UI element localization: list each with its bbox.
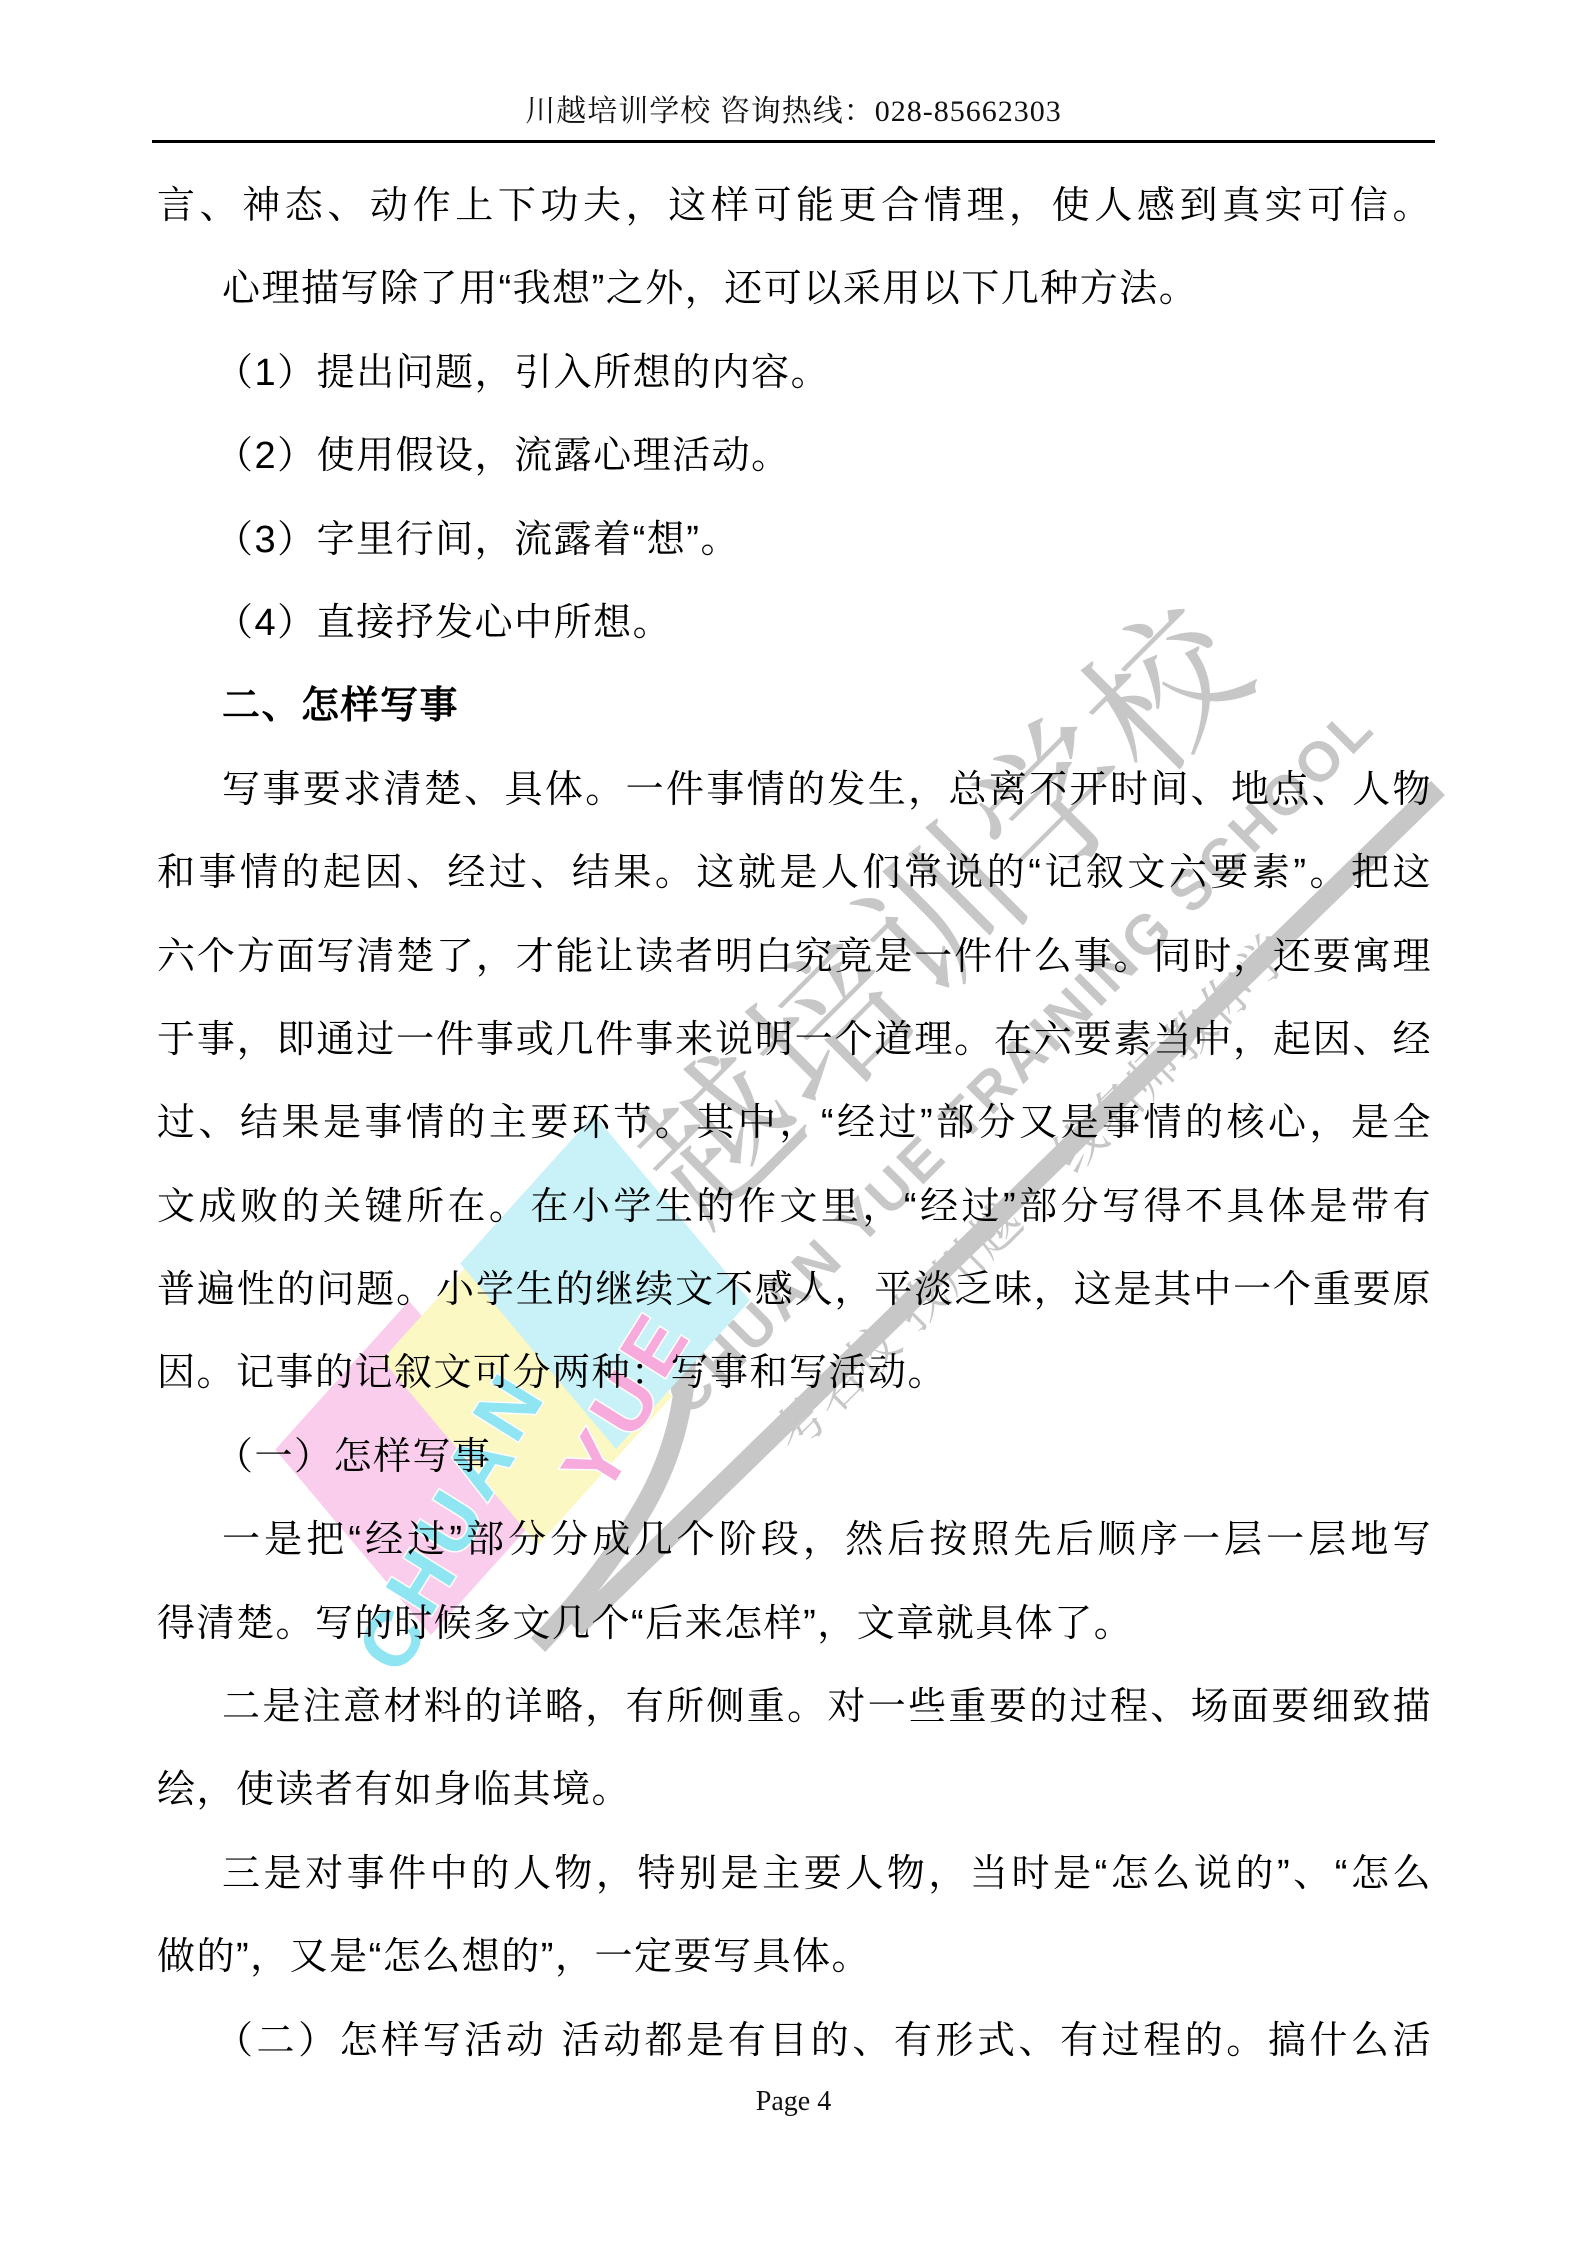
text-line: 心理描写除了用“我想”之外，还可以采用以下几种方法。 [157, 248, 1431, 331]
text-line: 言、神态、动作上下功夫，这样可能更合情理，使人感到真实可信。 [157, 165, 1431, 248]
text-line: 绘，使读者有如身临其境。 [157, 1749, 1431, 1832]
text-line: 于事，即通过一件事或几件事来说明一个道理。在六要素当中，起因、经 [157, 999, 1431, 1082]
text-line: 三是对事件中的人物，特别是主要人物，当时是“怎么说的”、“怎么 [157, 1833, 1431, 1916]
text-line: （一）怎样写事 [157, 1416, 1431, 1499]
text-line: 做的”，又是“怎么想的”，一定要写具体。 [157, 1916, 1431, 1999]
header-text: 川越培训学校 咨询热线：028-85662303 [0, 86, 1587, 130]
text-line: 因。记事的记叙文可分两种：写事和写活动。 [157, 1332, 1431, 1415]
text-line: 得清楚。写的时候多文几个“后来怎样”，文章就具体了。 [157, 1583, 1431, 1666]
text-line: 写事要求清楚、具体。一件事情的发生，总离不开时间、地点、人物 [157, 749, 1431, 832]
text-line: （二）怎样写活动 活动都是有目的、有形式、有过程的。搞什么活 [157, 2000, 1431, 2083]
text-line: （1）提出问题，引入所想的内容。 [157, 332, 1431, 415]
header-rule [152, 140, 1435, 143]
text-line: 和事情的起因、经过、结果。这就是人们常说的“记叙文六要素”。把这 [157, 832, 1431, 915]
text-line: （3）字里行间，流露着“想”。 [157, 499, 1431, 582]
text-line: （2）使用假设，流露心理活动。 [157, 415, 1431, 498]
text-line: 六个方面写清楚了，才能让读者明白究竟是一件什么事。同时，还要寓理 [157, 916, 1431, 999]
document-body: 言、神态、动作上下功夫，这样可能更合情理，使人感到真实可信。心理描写除了用“我想… [157, 165, 1431, 2083]
text-line: 二是注意材料的详略，有所侧重。对一些重要的过程、场面要细致描 [157, 1666, 1431, 1749]
text-line: 一是把“经过”部分分成几个阶段，然后按照先后顺序一层一层地写 [157, 1499, 1431, 1582]
text-line: 文成败的关键所在。在小学生的作文里，“经过”部分写得不具体是带有 [157, 1166, 1431, 1249]
page-number: Page 4 [0, 2086, 1587, 2118]
text-line: 过、结果是事情的主要环节。其中，“经过”部分又是事情的核心，是全 [157, 1082, 1431, 1165]
text-line: 普遍性的问题。小学生的继续文不感人，平淡乏味，这是其中一个重要原 [157, 1249, 1431, 1332]
text-line: 二、怎样写事 [157, 665, 1431, 748]
text-line: （4）直接抒发心中所想。 [157, 582, 1431, 665]
